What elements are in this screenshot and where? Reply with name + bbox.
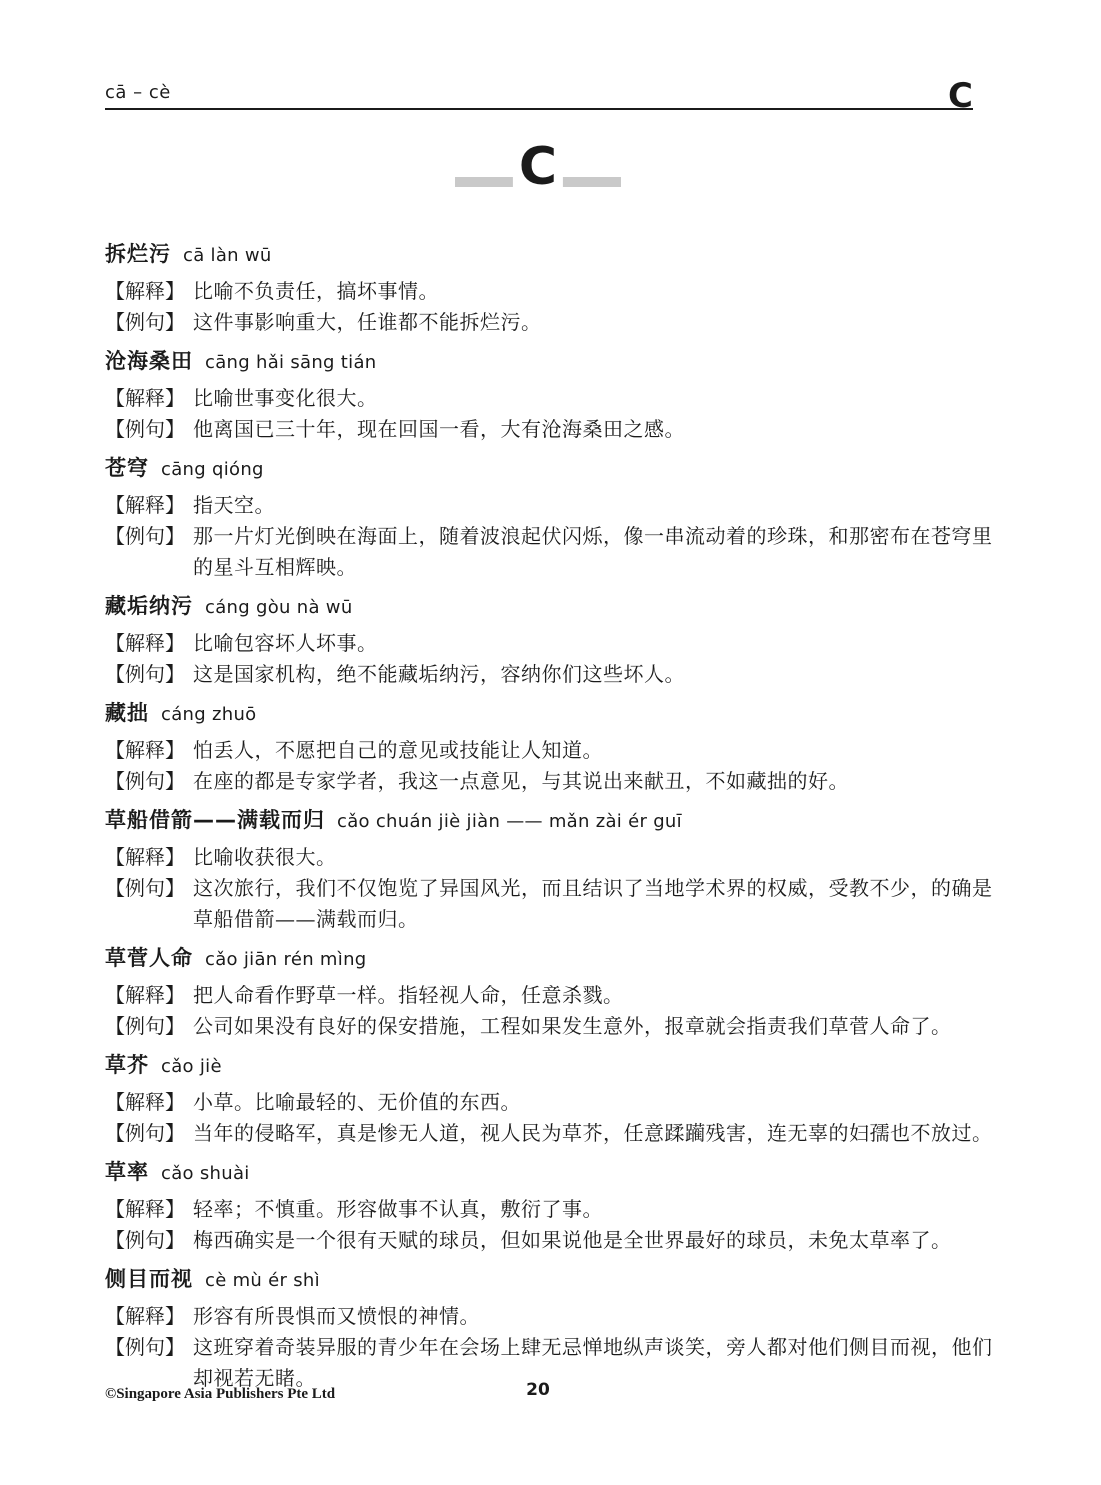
example-text: 在座的都是专家学者，我这一点意见，与其说出来献丑，不如藏拙的好。 — [193, 766, 1002, 797]
example-label: 【例句】 — [105, 1332, 185, 1394]
explanation-text: 小草。比喻最轻的、无价值的东西。 — [193, 1087, 1002, 1118]
entry-explanation-line: 【解释】 比喻不负责任，搞坏事情。 — [105, 276, 1002, 307]
explanation-text: 轻率；不慎重。形容做事不认真，敷衍了事。 — [193, 1194, 1002, 1225]
entry-headword: 藏垢纳污 — [105, 594, 193, 618]
example-label: 【例句】 — [105, 1225, 185, 1256]
entry-pinyin: cè mù ér shì — [205, 1270, 320, 1291]
dictionary-entry: 藏垢纳污cáng gòu nà wū 【解释】 比喻包容坏人坏事。 【例句】 这… — [105, 590, 1002, 690]
example-label: 【例句】 — [105, 307, 185, 338]
example-label: 【例句】 — [105, 873, 185, 935]
entry-headword-line: 藏垢纳污cáng gòu nà wū — [105, 590, 1002, 624]
entry-pinyin: cāng hǎi sāng tián — [205, 352, 377, 373]
entry-example-line: 【例句】 梅西确实是一个很有天赋的球员，但如果说他是全世界最好的球员，未免太草率… — [105, 1225, 1002, 1256]
entry-example-line: 【例句】 那一片灯光倒映在海面上，随着波浪起伏闪烁，像一串流动着的珍珠，和那密布… — [105, 521, 1002, 583]
example-label: 【例句】 — [105, 521, 185, 583]
entry-headword: 草菅人命 — [105, 946, 193, 970]
explanation-text: 形容有所畏惧而又愤恨的神情。 — [193, 1301, 1002, 1332]
entry-example-line: 【例句】 这是国家机构，绝不能藏垢纳污，容纳你们这些坏人。 — [105, 659, 1002, 690]
explanation-label: 【解释】 — [105, 490, 185, 521]
example-text: 这件事影响重大，任谁都不能拆烂污。 — [193, 307, 1002, 338]
entry-explanation-line: 【解释】 比喻包容坏人坏事。 — [105, 628, 1002, 659]
entry-example-line: 【例句】 公司如果没有良好的保安措施，工程如果发生意外，报章就会指责我们草菅人命… — [105, 1011, 1002, 1042]
entry-headword: 拆烂污 — [105, 242, 171, 266]
section-letter-block: C — [0, 138, 1101, 200]
example-text: 这班穿着奇装异服的青少年在会场上肆无忌惮地纵声谈笑，旁人都对他们侧目而视，他们却… — [193, 1332, 1002, 1394]
entry-explanation-line: 【解释】 小草。比喻最轻的、无价值的东西。 — [105, 1087, 1002, 1118]
entry-explanation-line: 【解释】 比喻世事变化很大。 — [105, 383, 1002, 414]
explanation-label: 【解释】 — [105, 383, 185, 414]
dictionary-entry: 草率cǎo shuài 【解释】 轻率；不慎重。形容做事不认真，敷衍了事。 【例… — [105, 1156, 1002, 1256]
entry-headword: 草船借箭——满载而归 — [105, 808, 325, 832]
explanation-text: 指天空。 — [193, 490, 1002, 521]
entry-headword: 草芥 — [105, 1053, 149, 1077]
explanation-text: 比喻不负责任，搞坏事情。 — [193, 276, 1002, 307]
dictionary-page: cā – cè C C 拆烂污cā làn wū 【解释】 比喻不负责任，搞坏事… — [0, 0, 1101, 1485]
example-label: 【例句】 — [105, 414, 185, 445]
entry-headword-line: 藏拙cáng zhuō — [105, 697, 1002, 731]
explanation-text: 怕丢人，不愿把自己的意见或技能让人知道。 — [193, 735, 1002, 766]
entry-headword: 藏拙 — [105, 701, 149, 725]
explanation-label: 【解释】 — [105, 1194, 185, 1225]
dictionary-entry: 草菅人命cǎo jiān rén mìng 【解释】 把人命看作野草一样。指轻视… — [105, 942, 1002, 1042]
explanation-label: 【解释】 — [105, 735, 185, 766]
entry-pinyin: cā làn wū — [183, 245, 272, 266]
dictionary-entry: 草船借箭——满载而归cǎo chuán jiè jiàn —— mǎn zài … — [105, 804, 1002, 935]
example-label: 【例句】 — [105, 766, 185, 797]
example-text: 这次旅行，我们不仅饱览了异国风光，而且结识了当地学术界的权威，受教不少，的确是草… — [193, 873, 1002, 935]
entry-explanation-line: 【解释】 把人命看作野草一样。指轻视人命，任意杀戮。 — [105, 980, 1002, 1011]
dictionary-entry: 沧海桑田cāng hǎi sāng tián 【解释】 比喻世事变化很大。 【例… — [105, 345, 1002, 445]
explanation-text: 比喻收获很大。 — [193, 842, 1002, 873]
example-text: 这是国家机构，绝不能藏垢纳污，容纳你们这些坏人。 — [193, 659, 1002, 690]
entry-example-line: 【例句】 这件事影响重大，任谁都不能拆烂污。 — [105, 307, 1002, 338]
entry-explanation-line: 【解释】 轻率；不慎重。形容做事不认真，敷衍了事。 — [105, 1194, 1002, 1225]
dictionary-entry: 草芥cǎo jiè 【解释】 小草。比喻最轻的、无价值的东西。 【例句】 当年的… — [105, 1049, 1002, 1149]
dictionary-entry: 侧目而视cè mù ér shì 【解释】 形容有所畏惧而又愤恨的神情。 【例句… — [105, 1263, 1002, 1394]
example-text: 那一片灯光倒映在海面上，随着波浪起伏闪烁，像一串流动着的珍珠，和那密布在苍穹里的… — [193, 521, 1002, 583]
entry-headword-line: 草芥cǎo jiè — [105, 1049, 1002, 1083]
entry-headword-line: 草率cǎo shuài — [105, 1156, 1002, 1190]
example-label: 【例句】 — [105, 659, 185, 690]
example-text: 他离国已三十年，现在回国一看，大有沧海桑田之感。 — [193, 414, 1002, 445]
entry-explanation-line: 【解释】 指天空。 — [105, 490, 1002, 521]
example-label: 【例句】 — [105, 1118, 185, 1149]
section-letter: C — [513, 138, 563, 196]
page-header: cā – cè C — [105, 66, 973, 110]
entry-explanation-line: 【解释】 形容有所畏惧而又愤恨的神情。 — [105, 1301, 1002, 1332]
entry-example-line: 【例句】 这次旅行，我们不仅饱览了异国风光，而且结识了当地学术界的权威，受教不少… — [105, 873, 1002, 935]
dictionary-entry: 藏拙cáng zhuō 【解释】 怕丢人，不愿把自己的意见或技能让人知道。 【例… — [105, 697, 1002, 797]
entries-list: 拆烂污cā làn wū 【解释】 比喻不负责任，搞坏事情。 【例句】 这件事影… — [105, 238, 1002, 1401]
explanation-text: 比喻世事变化很大。 — [193, 383, 1002, 414]
explanation-text: 把人命看作野草一样。指轻视人命，任意杀戮。 — [193, 980, 1002, 1011]
entry-headword-line: 草菅人命cǎo jiān rén mìng — [105, 942, 1002, 976]
footer-page-number: 20 — [526, 1380, 550, 1400]
dictionary-entry: 拆烂污cā làn wū 【解释】 比喻不负责任，搞坏事情。 【例句】 这件事影… — [105, 238, 1002, 338]
entry-explanation-line: 【解释】 比喻收获很大。 — [105, 842, 1002, 873]
header-section-letter: C — [948, 82, 973, 111]
entry-headword: 草率 — [105, 1160, 149, 1184]
example-text: 当年的侵略军，真是惨无人道，视人民为草芥，任意蹂躏残害，连无辜的妇孺也不放过。 — [193, 1118, 1002, 1149]
dictionary-entry: 苍穹cāng qióng 【解释】 指天空。 【例句】 那一片灯光倒映在海面上，… — [105, 452, 1002, 583]
explanation-text: 比喻包容坏人坏事。 — [193, 628, 1002, 659]
entry-pinyin: cǎo shuài — [161, 1163, 250, 1184]
explanation-label: 【解释】 — [105, 276, 185, 307]
entry-pinyin: cáng gòu nà wū — [205, 597, 353, 618]
entry-pinyin: cǎo chuán jiè jiàn —— mǎn zài ér guī — [337, 811, 682, 832]
explanation-label: 【解释】 — [105, 842, 185, 873]
entry-example-line: 【例句】 当年的侵略军，真是惨无人道，视人民为草芥，任意蹂躏残害，连无辜的妇孺也… — [105, 1118, 1002, 1149]
footer-copyright: ©Singapore Asia Publishers Pte Ltd — [105, 1386, 335, 1403]
explanation-label: 【解释】 — [105, 980, 185, 1011]
entry-pinyin: cāng qióng — [161, 459, 264, 480]
entry-headword: 沧海桑田 — [105, 349, 193, 373]
entry-headword-line: 沧海桑田cāng hǎi sāng tián — [105, 345, 1002, 379]
entry-headword-line: 苍穹cāng qióng — [105, 452, 1002, 486]
entry-example-line: 【例句】 这班穿着奇装异服的青少年在会场上肆无忌惮地纵声谈笑，旁人都对他们侧目而… — [105, 1332, 1002, 1394]
entry-headword-line: 草船借箭——满载而归cǎo chuán jiè jiàn —— mǎn zài … — [105, 804, 1002, 838]
header-pinyin-range: cā – cè — [105, 82, 171, 108]
entry-pinyin: cǎo jiè — [161, 1056, 222, 1077]
entry-explanation-line: 【解释】 怕丢人，不愿把自己的意见或技能让人知道。 — [105, 735, 1002, 766]
entry-example-line: 【例句】 在座的都是专家学者，我这一点意见，与其说出来献丑，不如藏拙的好。 — [105, 766, 1002, 797]
example-text: 公司如果没有良好的保安措施，工程如果发生意外，报章就会指责我们草菅人命了。 — [193, 1011, 1002, 1042]
example-text: 梅西确实是一个很有天赋的球员，但如果说他是全世界最好的球员，未免太草率了。 — [193, 1225, 1002, 1256]
explanation-label: 【解释】 — [105, 1301, 185, 1332]
entry-headword-line: 拆烂污cā làn wū — [105, 238, 1002, 272]
entry-pinyin: cáng zhuō — [161, 704, 256, 725]
explanation-label: 【解释】 — [105, 628, 185, 659]
entry-pinyin: cǎo jiān rén mìng — [205, 949, 367, 970]
entry-headword: 侧目而视 — [105, 1267, 193, 1291]
explanation-label: 【解释】 — [105, 1087, 185, 1118]
entry-headword-line: 侧目而视cè mù ér shì — [105, 1263, 1002, 1297]
entry-example-line: 【例句】 他离国已三十年，现在回国一看，大有沧海桑田之感。 — [105, 414, 1002, 445]
entry-headword: 苍穹 — [105, 456, 149, 480]
example-label: 【例句】 — [105, 1011, 185, 1042]
